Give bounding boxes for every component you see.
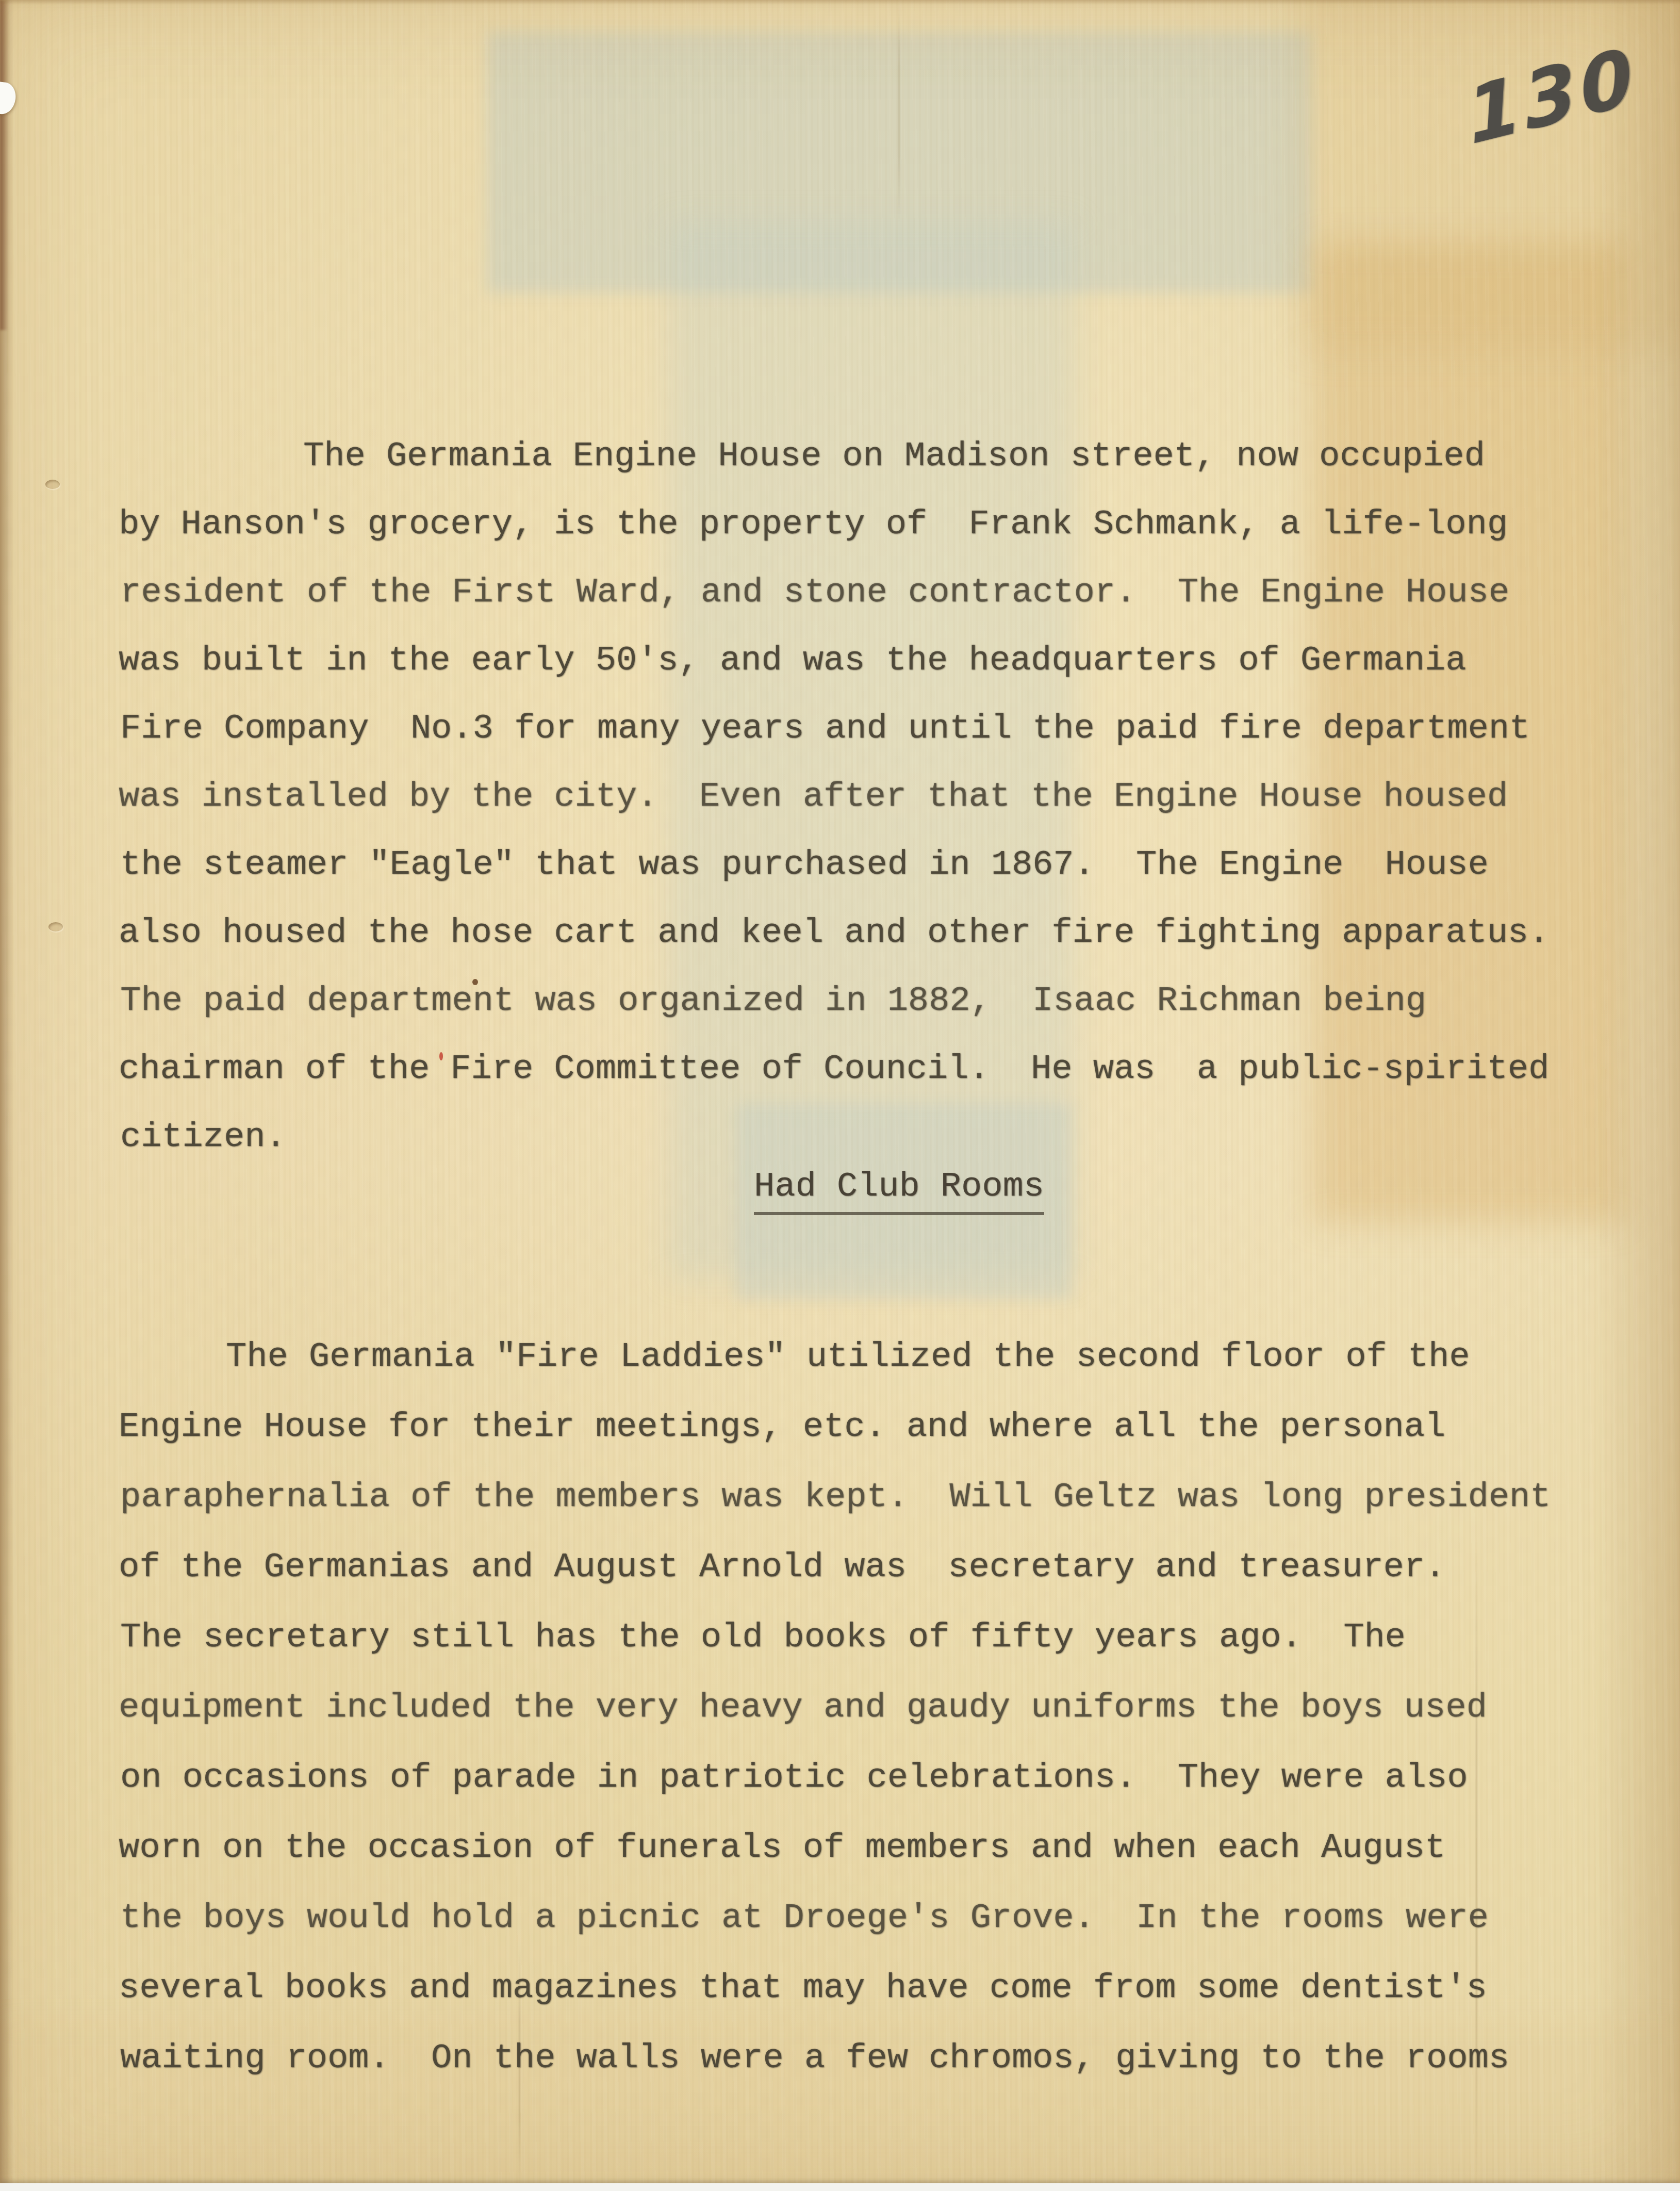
typed-line: chairman of the Fire Committee of Counci… — [119, 1052, 1680, 1120]
typed-line: was installed by the city. Even after th… — [119, 780, 1680, 848]
typed-line: paraphernalia of the members was kept. W… — [120, 1480, 1680, 1550]
paper-dent — [48, 922, 63, 931]
typed-line: several books and magazines that may hav… — [119, 1971, 1680, 2041]
paper-dent — [45, 480, 60, 489]
torn-edge-notch — [0, 81, 18, 116]
typed-line: The secretary still has the old books of… — [120, 1621, 1680, 1691]
section-heading: Had Club Rooms — [754, 1167, 1044, 1215]
typed-line: was built in the early 50's, and was the… — [119, 644, 1680, 712]
typed-line: the boys would hold a picnic at Droege's… — [120, 1901, 1680, 1971]
scanner-bed-strip — [0, 2183, 1680, 2191]
typed-line: Engine House for their meetings, etc. an… — [119, 1410, 1680, 1480]
typed-line: the steamer "Eagle" that was purchased i… — [120, 848, 1680, 916]
typed-line: waiting room. On the walls were a few ch… — [120, 2041, 1680, 2112]
typed-line: The paid department was organized in 188… — [120, 984, 1680, 1052]
paragraph-engine-house: The Germania Engine House on Madison str… — [119, 439, 1680, 1188]
paragraph-club-rooms: The Germania "Fire Laddies" utilized the… — [119, 1340, 1680, 2112]
typed-line: The Germania "Fire Laddies" utilized the… — [120, 1340, 1680, 1410]
handwritten-page-number: 130 — [1463, 37, 1642, 156]
typed-line: by Hanson's grocery, is the property of … — [119, 508, 1680, 576]
left-page-edge-dark — [0, 0, 8, 330]
light-stain-patch — [487, 32, 1312, 292]
typed-line: on occasions of parade in patriotic cele… — [120, 1761, 1680, 1831]
section-heading-row: Had Club Rooms — [754, 1170, 1044, 1204]
scanned-typewritten-page: 130 The Germania Engine House on Madison… — [0, 0, 1680, 2191]
top-page-edge — [0, 0, 1680, 5]
typed-line: The Germania Engine House on Madison str… — [120, 439, 1680, 508]
typed-line: of the Germanias and August Arnold was s… — [119, 1550, 1680, 1621]
typed-line: worn on the occasion of funerals of memb… — [119, 1831, 1680, 1901]
typed-line: equipment included the very heavy and ga… — [119, 1691, 1680, 1761]
typed-line: also housed the hose cart and keel and o… — [119, 916, 1680, 984]
paper-crease — [898, 0, 900, 222]
typed-line: Fire Company No.3 for many years and unt… — [120, 712, 1680, 780]
typed-line: resident of the First Ward, and stone co… — [120, 576, 1680, 644]
